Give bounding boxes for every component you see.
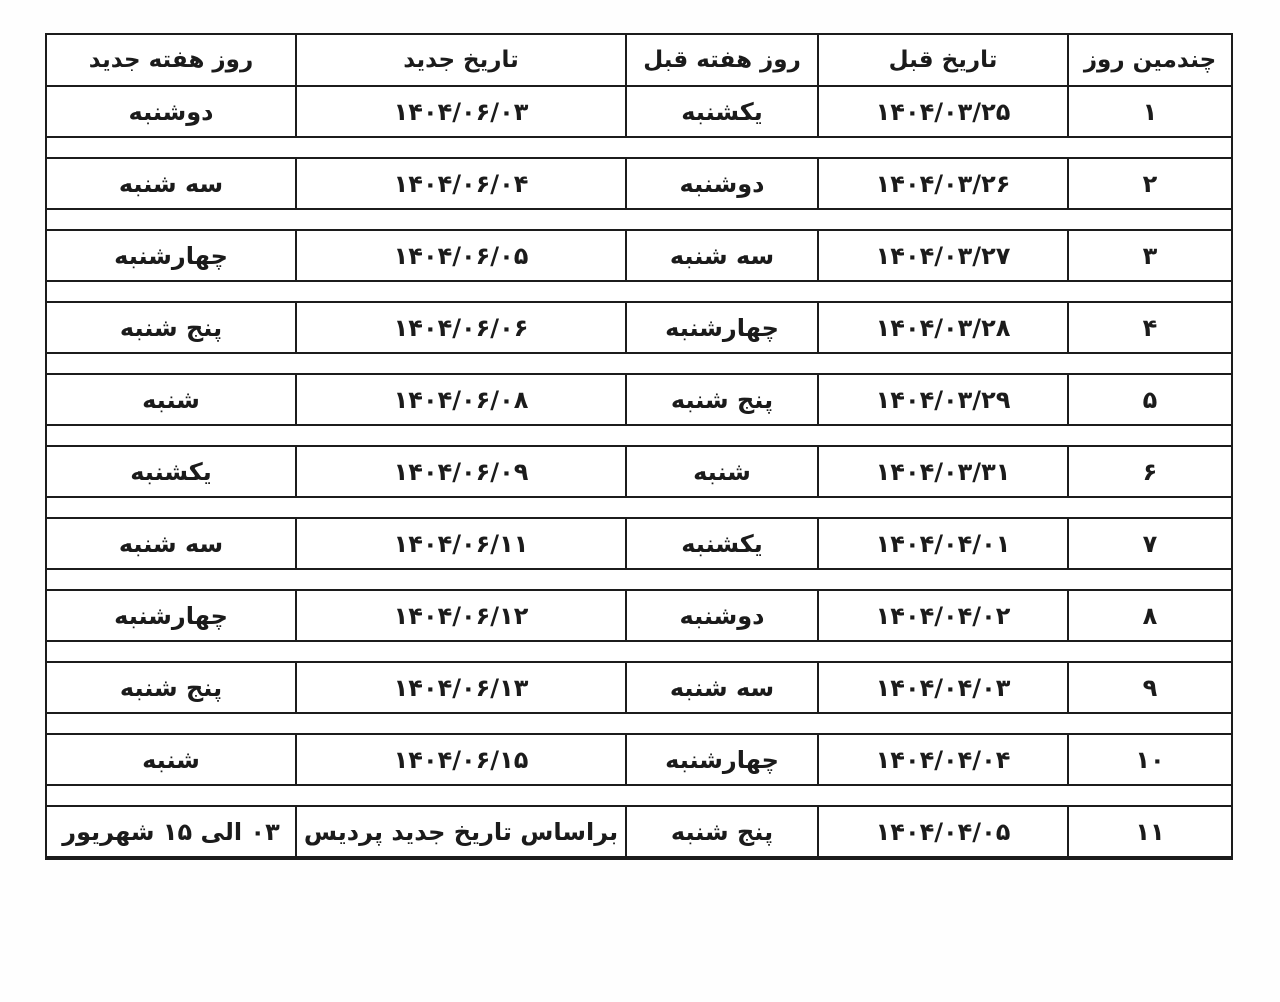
cell-new-date: ۱۴۰۴/۰۶/۰۸ [295, 375, 625, 424]
table-row: ۵۱۴۰۴/۰۳/۲۹پنج شنبه۱۴۰۴/۰۶/۰۸شنبه [47, 375, 1231, 426]
cell-prev-weekday: سه شنبه [625, 663, 817, 712]
cell-day-number: ۱ [1067, 87, 1231, 136]
cell-new-date: ۱۴۰۴/۰۶/۱۳ [295, 663, 625, 712]
cell-new-date: ۱۴۰۴/۰۶/۰۶ [295, 303, 625, 352]
table-row: ۹۱۴۰۴/۰۴/۰۳سه شنبه۱۴۰۴/۰۶/۱۳پنج شنبه [47, 663, 1231, 714]
cell-prev-date: ۱۴۰۴/۰۳/۳۱ [817, 447, 1067, 496]
row-spacer [47, 354, 1231, 375]
scanned-document-page: چندمین روز تاریخ قبل روز هفته قبل تاریخ … [0, 0, 1280, 1002]
cell-new-weekday: شنبه [47, 375, 295, 424]
cell-new-weekday: پنج شنبه [47, 663, 295, 712]
row-spacer [47, 714, 1231, 735]
cell-new-weekday: یکشنبه [47, 447, 295, 496]
cell-prev-weekday: دوشنبه [625, 591, 817, 640]
cell-day-number: ۲ [1067, 159, 1231, 208]
header-cell-new-date: تاریخ جدید [295, 35, 625, 85]
cell-prev-weekday: چهارشنبه [625, 303, 817, 352]
cell-prev-date: ۱۴۰۴/۰۳/۲۸ [817, 303, 1067, 352]
header-cell-prev-weekday: روز هفته قبل [625, 35, 817, 85]
cell-new-weekday: چهارشنبه [47, 591, 295, 640]
table-row: ۸۱۴۰۴/۰۴/۰۲دوشنبه۱۴۰۴/۰۶/۱۲چهارشنبه [47, 591, 1231, 642]
cell-prev-date: ۱۴۰۴/۰۴/۰۲ [817, 591, 1067, 640]
cell-prev-date: ۱۴۰۴/۰۴/۰۱ [817, 519, 1067, 568]
row-spacer [47, 426, 1231, 447]
cell-prev-weekday: شنبه [625, 447, 817, 496]
cell-prev-weekday: یکشنبه [625, 87, 817, 136]
table-row: ۶۱۴۰۴/۰۳/۳۱شنبه۱۴۰۴/۰۶/۰۹یکشنبه [47, 447, 1231, 498]
cell-day-number: ۴ [1067, 303, 1231, 352]
header-cell-prev-date: تاریخ قبل [817, 35, 1067, 85]
cell-prev-date: ۱۴۰۴/۰۴/۰۴ [817, 735, 1067, 784]
header-cell-day-number: چندمین روز [1067, 35, 1231, 85]
row-spacer [47, 570, 1231, 591]
cell-new-date: ۱۴۰۴/۰۶/۱۵ [295, 735, 625, 784]
header-cell-new-weekday: روز هفته جدید [47, 35, 295, 85]
row-spacer [47, 642, 1231, 663]
date-conversion-table: چندمین روز تاریخ قبل روز هفته قبل تاریخ … [45, 33, 1233, 860]
cell-day-number: ۳ [1067, 231, 1231, 280]
table-header-row: چندمین روز تاریخ قبل روز هفته قبل تاریخ … [47, 35, 1231, 87]
cell-prev-date: ۱۴۰۴/۰۳/۲۹ [817, 375, 1067, 424]
cell-day-number: ۸ [1067, 591, 1231, 640]
row-spacer [47, 786, 1231, 807]
cell-new-weekday: چهارشنبه [47, 231, 295, 280]
cell-prev-date: ۱۴۰۴/۰۴/۰۳ [817, 663, 1067, 712]
cell-new-weekday: ۰۳ الی ۱۵ شهریور [47, 807, 295, 856]
cell-new-weekday: پنج شنبه [47, 303, 295, 352]
cell-prev-date: ۱۴۰۴/۰۳/۲۷ [817, 231, 1067, 280]
cell-prev-weekday: پنج شنبه [625, 807, 817, 856]
cell-new-date: ۱۴۰۴/۰۶/۰۳ [295, 87, 625, 136]
row-spacer [47, 210, 1231, 231]
cell-day-number: ۱۱ [1067, 807, 1231, 856]
cell-day-number: ۷ [1067, 519, 1231, 568]
cell-day-number: ۹ [1067, 663, 1231, 712]
cell-prev-date: ۱۴۰۴/۰۳/۲۶ [817, 159, 1067, 208]
cell-day-number: ۶ [1067, 447, 1231, 496]
table-row: ۱۱۱۴۰۴/۰۴/۰۵پنج شنبهبراساس تاریخ جدید پر… [47, 807, 1231, 856]
cell-new-weekday: سه شنبه [47, 519, 295, 568]
cell-new-date: ۱۴۰۴/۰۶/۱۲ [295, 591, 625, 640]
cell-prev-weekday: چهارشنبه [625, 735, 817, 784]
cell-new-weekday: دوشنبه [47, 87, 295, 136]
cell-prev-date: ۱۴۰۴/۰۴/۰۵ [817, 807, 1067, 856]
cell-prev-date: ۱۴۰۴/۰۳/۲۵ [817, 87, 1067, 136]
table-row: ۷۱۴۰۴/۰۴/۰۱یکشنبه۱۴۰۴/۰۶/۱۱سه شنبه [47, 519, 1231, 570]
cell-new-weekday: سه شنبه [47, 159, 295, 208]
row-spacer [47, 498, 1231, 519]
cell-new-date: براساس تاریخ جدید پردیس [295, 807, 625, 856]
cell-prev-weekday: سه شنبه [625, 231, 817, 280]
cell-new-date: ۱۴۰۴/۰۶/۱۱ [295, 519, 625, 568]
cell-day-number: ۱۰ [1067, 735, 1231, 784]
row-spacer [47, 138, 1231, 159]
table-row: ۱۱۴۰۴/۰۳/۲۵یکشنبه۱۴۰۴/۰۶/۰۳دوشنبه [47, 87, 1231, 138]
table-row: ۱۰۱۴۰۴/۰۴/۰۴چهارشنبه۱۴۰۴/۰۶/۱۵شنبه [47, 735, 1231, 786]
cell-prev-weekday: یکشنبه [625, 519, 817, 568]
cell-prev-weekday: پنج شنبه [625, 375, 817, 424]
cell-new-weekday: شنبه [47, 735, 295, 784]
cell-new-date: ۱۴۰۴/۰۶/۰۹ [295, 447, 625, 496]
cell-prev-weekday: دوشنبه [625, 159, 817, 208]
cell-day-number: ۵ [1067, 375, 1231, 424]
cell-new-date: ۱۴۰۴/۰۶/۰۴ [295, 159, 625, 208]
table-row: ۲۱۴۰۴/۰۳/۲۶دوشنبه۱۴۰۴/۰۶/۰۴سه شنبه [47, 159, 1231, 210]
table-row: ۴۱۴۰۴/۰۳/۲۸چهارشنبه۱۴۰۴/۰۶/۰۶پنج شنبه [47, 303, 1231, 354]
row-spacer [47, 282, 1231, 303]
cell-new-date: ۱۴۰۴/۰۶/۰۵ [295, 231, 625, 280]
table-row: ۳۱۴۰۴/۰۳/۲۷سه شنبه۱۴۰۴/۰۶/۰۵چهارشنبه [47, 231, 1231, 282]
